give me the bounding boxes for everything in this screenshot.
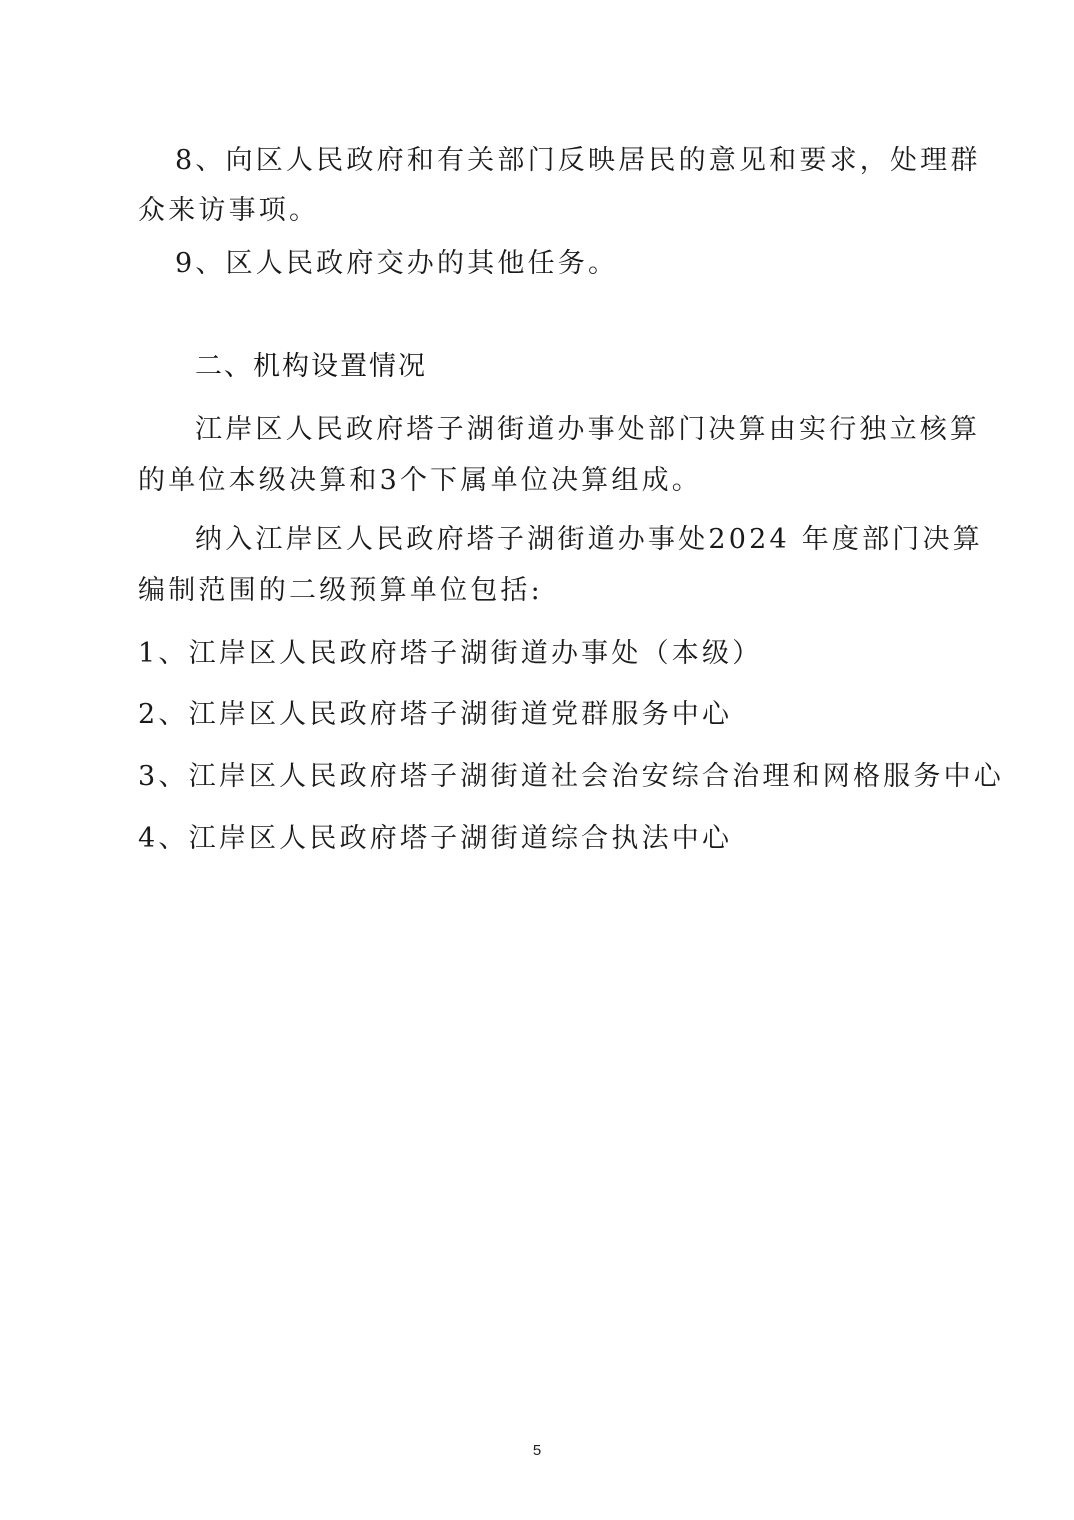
page-number: 5: [0, 1442, 1074, 1459]
unit-list-item: 2、江岸区人民政府塔子湖街道党群服务中心: [138, 697, 732, 733]
section-heading: 二、机构设置情况: [195, 349, 427, 385]
unit-list-item: 4、江岸区人民政府塔子湖街道综合执法中心: [138, 821, 732, 857]
document-page: 8、向区人民政府和有关部门反映居民的意见和要求，处理群 众来访事项。 9、区人民…: [0, 0, 1074, 1520]
scope-line-1: 纳入江岸区人民政府塔子湖街道办事处2024 年度部门决算: [195, 522, 983, 558]
unit-list-item: 3、江岸区人民政府塔子湖街道社会治安综合治理和网格服务中心: [138, 759, 1004, 795]
unit-list-item: 1、江岸区人民政府塔子湖街道办事处（本级）: [138, 636, 762, 672]
scope-line-2: 编制范围的二级预算单位包括:: [138, 573, 543, 609]
paragraph-item-8-line-1: 8、向区人民政府和有关部门反映居民的意见和要求，处理群: [175, 143, 981, 179]
intro-line-2: 的单位本级决算和3个下属单位决算组成。: [138, 463, 702, 499]
paragraph-item-9: 9、区人民政府交办的其他任务。: [175, 246, 618, 282]
paragraph-item-8-line-2: 众来访事项。: [138, 193, 319, 229]
intro-line-1: 江岸区人民政府塔子湖街道办事处部门决算由实行独立核算: [195, 412, 980, 448]
